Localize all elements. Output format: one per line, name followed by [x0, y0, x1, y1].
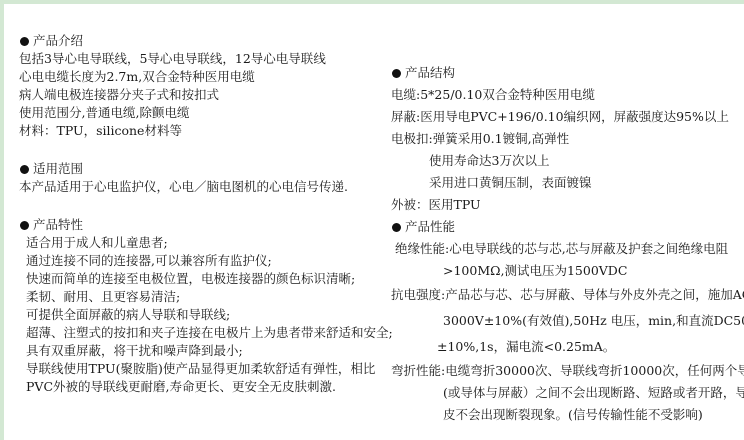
left-border [0, 0, 4, 440]
feature-line: 导联线使用TPU(聚胺脂)使产品显得更加柔软舒适有弹性，相比 [19, 360, 393, 378]
feature-line: PVC外被的导联线更耐磨,寿命更长、更安全无皮肤刺激. [19, 378, 393, 396]
spacer [19, 196, 393, 216]
feature-line: 柔韧、耐用、且更容易清洁; [19, 288, 393, 306]
section-heading-features: 产品特性 [19, 216, 393, 234]
bullet-icon [20, 221, 29, 230]
bullet-icon [20, 37, 29, 46]
bending-line: 弯折性能:电缆弯折30000次、导联线弯折10000次，任何两个导体 [391, 360, 744, 382]
scope-line: 本产品适用于心电监护仪，心电／脑电图机的心电信号传递. [19, 178, 393, 196]
section-heading-performance: 产品性能 [391, 216, 744, 238]
section-heading-structure: 产品结构 [391, 62, 744, 84]
intro-line: 包括3导心电导联线，5导心电导联线，12导心电导联线 [19, 50, 393, 68]
left-column: 产品介绍 包括3导心电导联线，5导心电导联线，12导心电导联线 心电电缆长度为2… [19, 32, 393, 396]
intro-line: 材料：TPU，silicone材料等 [19, 122, 393, 140]
structure-line: 电极扣:弹簧采用0.1镀铜,高弹性 [391, 128, 744, 150]
dielectric-line: 抗电强度:产品芯与芯、芯与屏蔽、导体与外皮外壳之间，施加AC [391, 282, 744, 308]
section-heading-intro: 产品介绍 [19, 32, 393, 50]
intro-line: 使用范围分,普通电缆,除颤电缆 [19, 104, 393, 122]
intro-line: 病人端电极连接器分夹子式和按扣式 [19, 86, 393, 104]
section-heading-scope: 适用范围 [19, 160, 393, 178]
feature-line: 适合用于成人和儿童患者; [19, 234, 393, 252]
structure-sub-line: 采用进口黄铜压制，表面镀镍 [391, 172, 744, 194]
insulation-line: >100MΩ,测试电压为1500VDC [391, 260, 744, 282]
spacer [19, 140, 393, 160]
bullet-icon [20, 165, 29, 174]
feature-line: 具有双重屏蔽，将干扰和噪声降到最小; [19, 342, 393, 360]
intro-line: 心电电缆长度为2.7m,双合金特种医用电缆 [19, 68, 393, 86]
structure-line: 电缆:5*25/0.10双合金特种医用电缆 [391, 84, 744, 106]
structure-jacket-line: 外被：医用TPU [391, 194, 744, 216]
structure-line: 屏蔽:医用导电PVC+196/0.10编织网，屏蔽强度达95%以上 [391, 106, 744, 128]
right-column: 产品结构 电缆:5*25/0.10双合金特种医用电缆 屏蔽:医用导电PVC+19… [391, 62, 744, 426]
bullet-icon [392, 69, 401, 78]
dielectric-line: ±10%,1s，漏电流<0.25mA。 [391, 334, 744, 360]
bending-line: (或导体与屏蔽）之间不会出现断路、短路或者开路，导体外 [391, 382, 744, 404]
top-border [0, 0, 744, 4]
feature-line: 超薄、注塑式的按扣和夹子连接在电极片上为患者带来舒适和安全; [19, 324, 393, 342]
feature-line: 快速而简单的连接至电极位置，电极连接器的颜色标识清晰; [19, 270, 393, 288]
feature-line: 可提供全面屏蔽的病人导联和导联线; [19, 306, 393, 324]
bullet-icon [392, 223, 401, 232]
bending-line: 皮不会出现断裂现象。(信号传输性能不受影响) [391, 404, 744, 426]
feature-line: 通过连接不同的连接器,可以兼容所有监护仪; [19, 252, 393, 270]
structure-sub-line: 使用寿命达3万次以上 [391, 150, 744, 172]
insulation-line: 绝缘性能:心电导联线的芯与芯,芯与屏蔽及护套之间绝缘电阻 [391, 238, 744, 260]
dielectric-line: 3000V±10%(有效值),50Hz 电压，min,和直流DC5000V [391, 308, 744, 334]
